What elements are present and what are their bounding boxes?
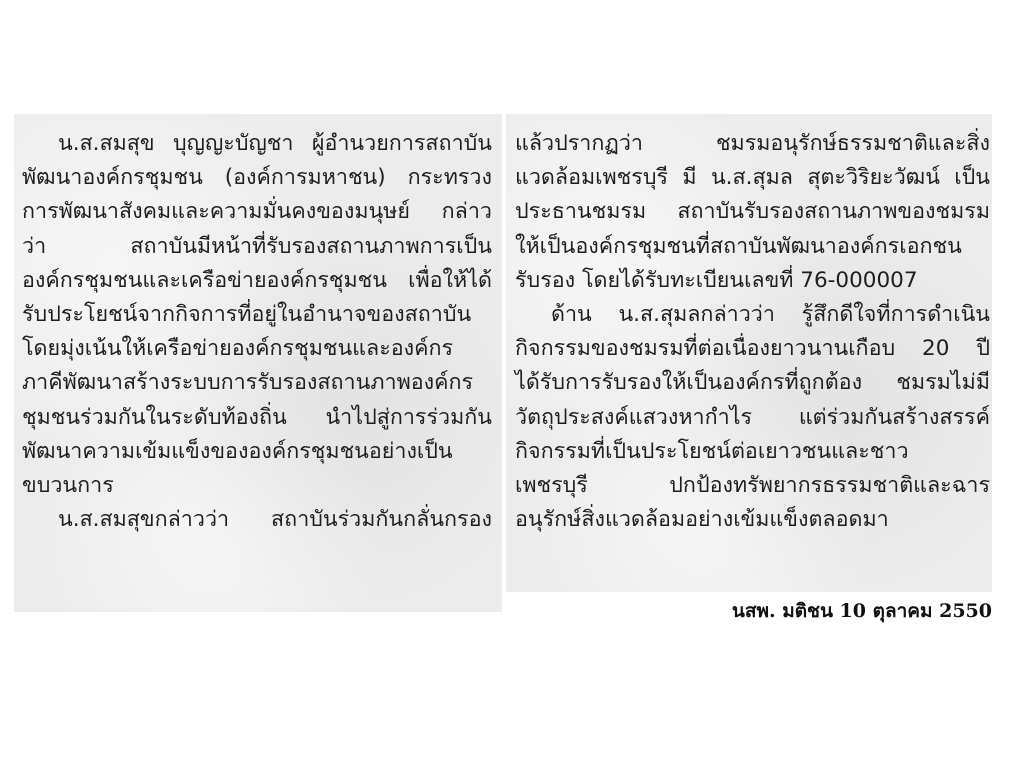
text-line: ประธานชมรม สถาบันรับรองสถานภาพของชมรม (515, 195, 990, 229)
newspaper-clipping-page: น.ส.สมสุข บุญญะบัญชา ผู้อำนวยการสถาบัน พ… (0, 0, 1024, 768)
text-line: องค์กรชุมชนและเครือข่ายองค์กรชุมชน เพื่อ… (22, 264, 492, 298)
text-line: พัฒนาความเข้มแข็งขององค์กรชุมชนอย่างเป็น (22, 435, 492, 469)
text-line: ด้าน น.ส.สุมลกล่าวว่า รู้สึกดีใจที่การดำ… (515, 298, 990, 332)
text-line: ว่า สถาบันมีหน้าที่รับรองสถานภาพการเป็น (22, 230, 492, 264)
text-line: แวดล้อมเพชรบุรี มี น.ส.สุมล สุตะวิริยะวั… (515, 161, 990, 195)
text-line: ชุมชนร่วมกันในระดับท้องถิ่น นำไปสู่การร่… (22, 401, 492, 435)
text-line: กิจกรรมที่เป็นประโยชน์ต่อเยาวชนและชาว (515, 435, 990, 469)
text-line: รับประโยชน์จากกิจการที่อยู่ในอำนาจของสถา… (22, 298, 492, 332)
text-line: เพชรบุรี ปกป้องทรัพยากรธรรมชาติและฉาร (515, 469, 990, 503)
text-line: น.ส.สมสุข บุญญะบัญชา ผู้อำนวยการสถาบัน (22, 127, 492, 161)
article-right-column: แล้วปรากฏว่า ชมรมอนุรักษ์ธรรมชาติและสิ่ง… (515, 127, 990, 537)
text-line: ขบวนการ (22, 469, 492, 503)
source-citation: นสพ. มติชน 10 ตุลาคม 2550 (732, 596, 992, 626)
text-line: รับรอง โดยได้รับทะเบียนเลขที่ 76-000007 (515, 264, 990, 298)
text-line: โดยมุ่งเน้นให้เครือข่ายองค์กรชุมชนและองค… (22, 332, 492, 366)
text-line: วัตถุประสงค์แสวงหากำไร แต่ร่วมกันสร้างสร… (515, 401, 990, 435)
text-line: พัฒนาองค์กรชุมชน (องค์การมหาชน) กระทรวง (22, 161, 492, 195)
article-left-column: น.ส.สมสุข บุญญะบัญชา ผู้อำนวยการสถาบัน พ… (22, 127, 492, 537)
text-line: ได้รับการรับรองให้เป็นองค์กรที่ถูกต้อง ช… (515, 366, 990, 400)
text-line: ภาคีพัฒนาสร้างระบบการรับรองสถานภาพองค์กร (22, 366, 492, 400)
text-line: อนุรักษ์สิ่งแวดล้อมอย่างเข้มแข็งตลอดมา (515, 503, 990, 537)
text-line: การพัฒนาสังคมและความมั่นคงของมนุษย์ กล่า… (22, 195, 492, 229)
text-line: ให้เป็นองค์กรชุมชนที่สถาบันพัฒนาองค์กรเอ… (515, 230, 990, 264)
text-line: กิจกรรมของชมรมที่ต่อเนื่องยาวนานเกือบ 20… (515, 332, 990, 366)
text-line: แล้วปรากฏว่า ชมรมอนุรักษ์ธรรมชาติและสิ่ง (515, 127, 990, 161)
text-line: น.ส.สมสุขกล่าวว่า สถาบันร่วมกันกลั่นกรอง (22, 503, 492, 537)
